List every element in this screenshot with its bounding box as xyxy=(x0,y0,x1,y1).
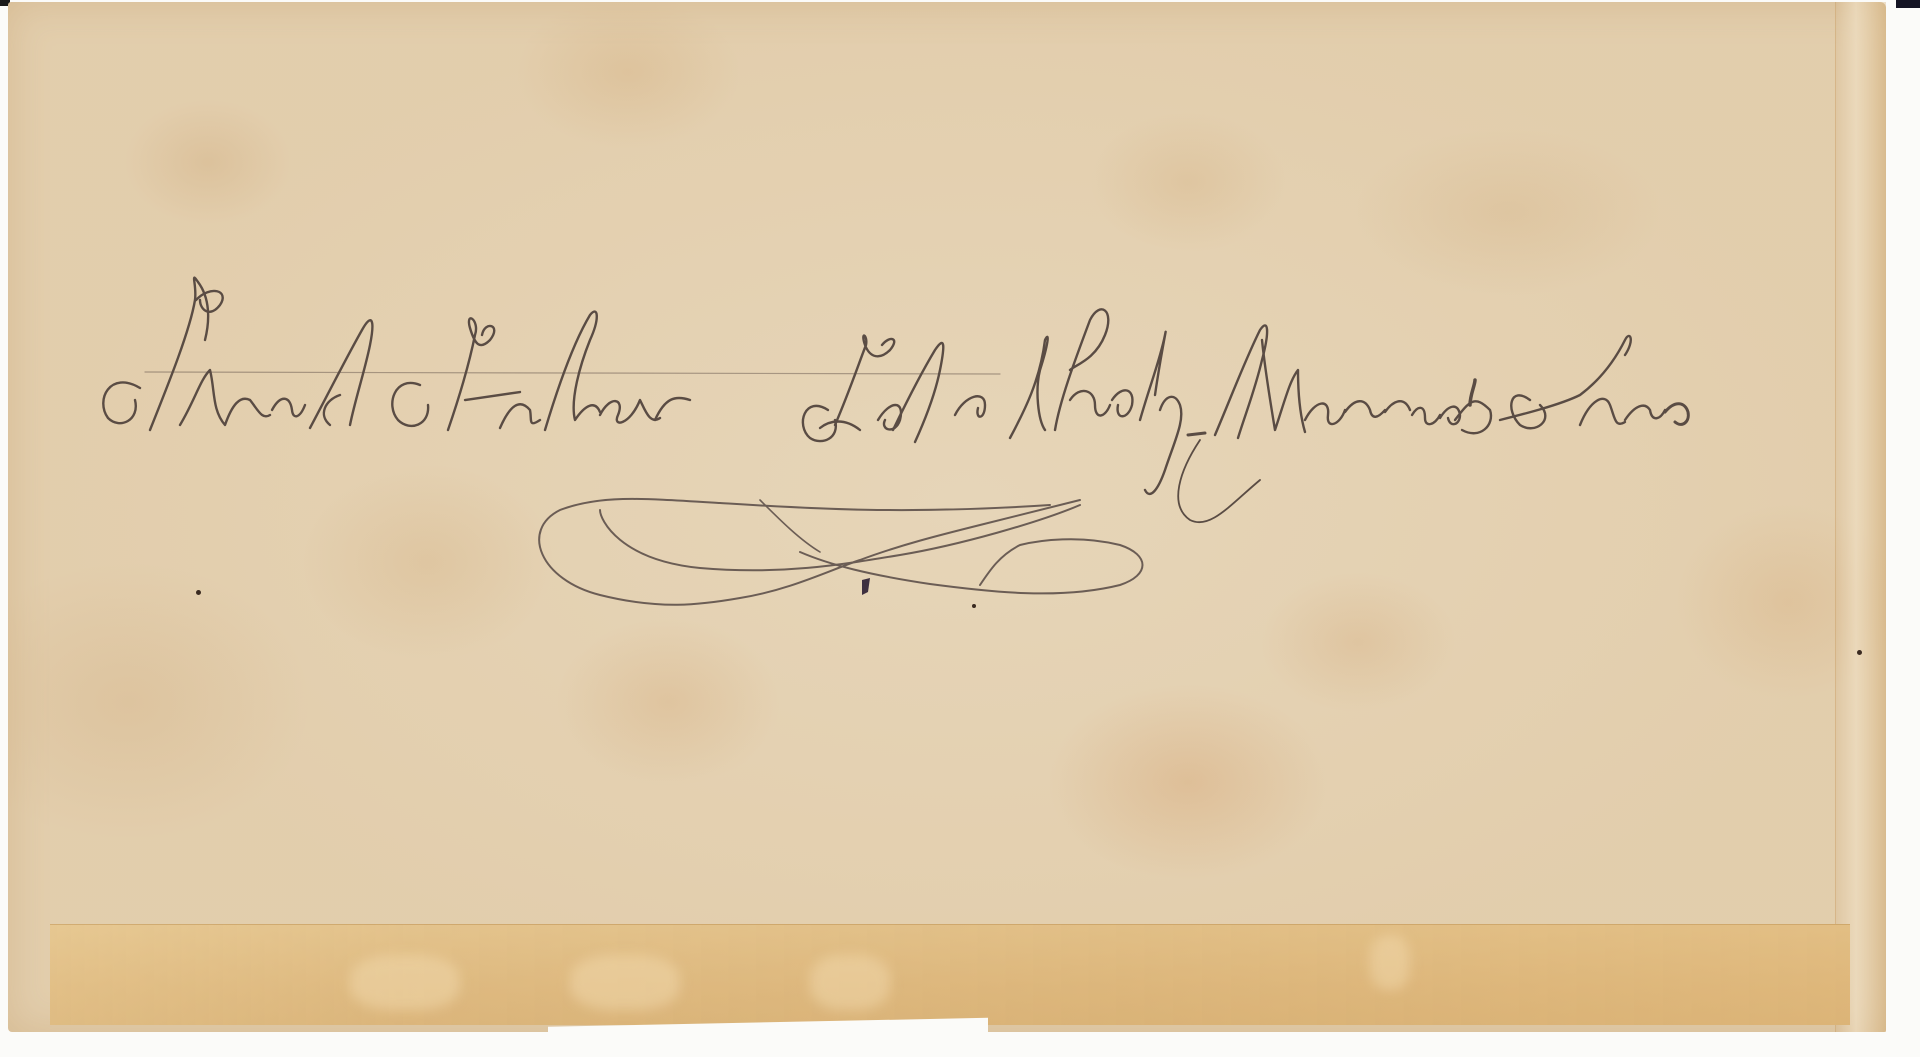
word-son xyxy=(1500,336,1688,428)
word-father xyxy=(392,312,690,430)
handwritten-inscription xyxy=(0,0,1920,1057)
calligraphic-flourish xyxy=(539,499,1142,605)
word-to xyxy=(803,336,901,442)
descender-loop xyxy=(1178,440,1260,522)
word-a-1 xyxy=(310,320,372,428)
word-a-2 xyxy=(893,343,943,442)
word-from xyxy=(103,278,305,430)
word-newly-married xyxy=(955,309,1491,494)
ink-blot xyxy=(862,578,870,595)
